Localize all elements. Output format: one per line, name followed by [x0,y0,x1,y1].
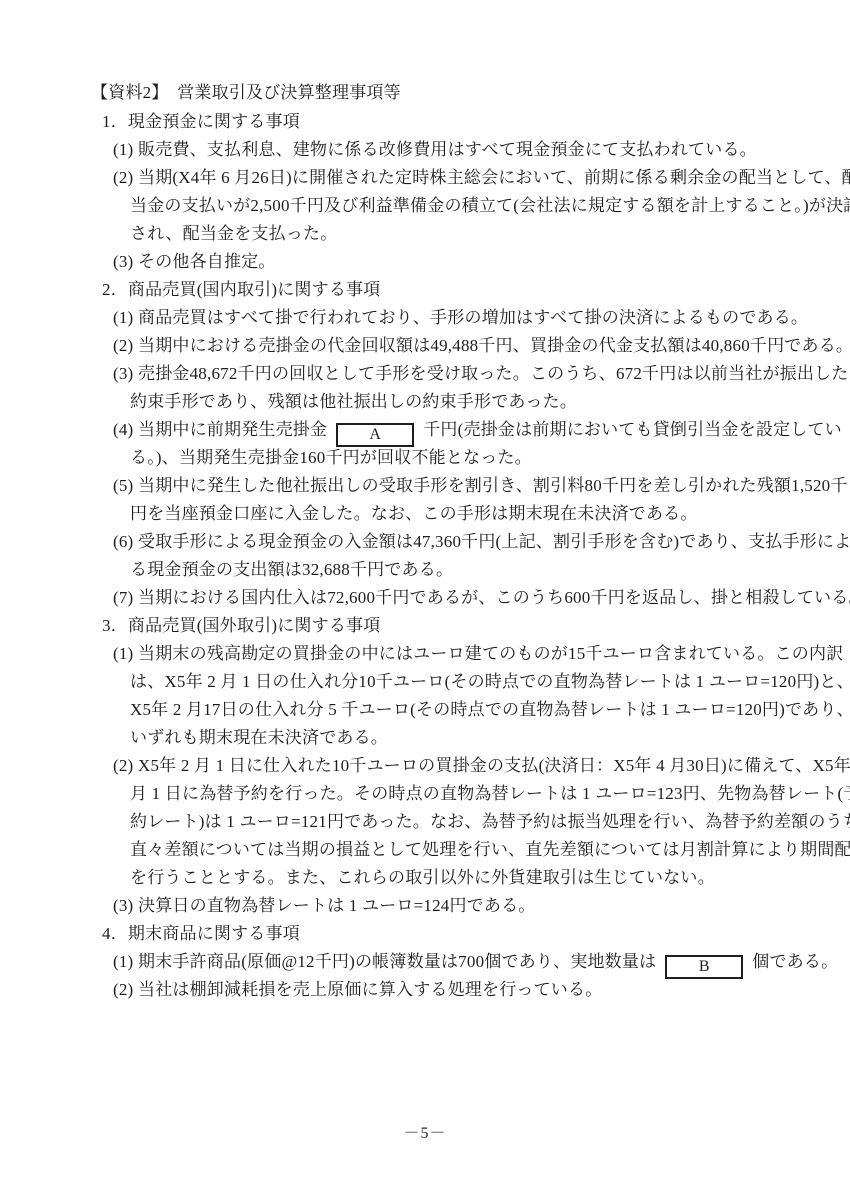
text-run: 販売費、支払利息、建物に係る改修費用はすべて現金預金にて支払われている。 [138,140,757,159]
section-heading: 2．商品売買(国内取引)に関する事項 [0,276,850,304]
item-number: (3) [113,892,138,920]
text-run: 当期中に発生した他社振出しの受取手形を割引き、割引料80千円を差し引かれた残額1… [138,476,848,495]
continuation-line: X5年 2 月17日の仕入れ分 5 千ユーロ(その時点での直物為替レートは 1 … [0,696,850,724]
page-number: －5－ [0,1120,850,1143]
text-run: 当期中に前期発生売掛金 [138,420,327,439]
text-run: その他各自推定。 [138,252,276,271]
text-run: を行うこととする。また、これらの取引以外に外貨建取引は生じていない。 [130,868,715,887]
text-run: 決算日の直物為替レートは 1 ユーロ=124円である。 [138,896,536,915]
continuation-line: 直々差額については当期の損益として処理を行い、直先差額については月割計算により期… [0,836,850,864]
text-run: X5年 2 月 1 日に仕入れた10千ユーロの買掛金の支払(決済日：X5年 4 … [138,756,850,775]
text-run: 当金の支払いが2,500千円及び利益準備金の積立て(会社法に規定する額を計上する… [130,196,850,215]
section-heading: 4．期末商品に関する事項 [0,920,850,948]
item-number: (5) [113,472,138,500]
text-run: 当期中における売掛金の代金回収額は49,488千円、買掛金の代金支払額は40,8… [138,336,850,355]
item-number: (2) [113,976,138,1004]
item-number: (4) [113,416,138,444]
text-run: 個である。 [752,952,838,971]
text-run: 3．商品売買(国外取引)に関する事項 [102,616,380,635]
item-number: (1) [113,304,138,332]
item-line: (5)当期中に発生した他社振出しの受取手形を割引き、割引料80千円を差し引かれた… [0,472,850,500]
item-number: (1) [113,640,138,668]
item-line: (2)当期中における売掛金の代金回収額は49,488千円、買掛金の代金支払額は4… [0,332,850,360]
text-run: は、X5年 2 月 1 日の仕入れ分10千ユーロ(その時点での直物為替レートは … [130,672,850,691]
item-number: (6) [113,528,138,556]
item-number: (2) [113,332,138,360]
text-run: いずれも期末現在未決済である。 [130,728,388,747]
item-line: (4)当期中に前期発生売掛金A千円(売掛金は前期においても貸倒引当金を設定してい [0,416,850,444]
text-run: 当期末の残高勘定の買掛金の中にはユーロ建てのものが15千ユーロ含まれている。この… [138,644,843,663]
text-run: 約レート)は 1 ユーロ=121円であった。なお、為替予約は振当処理を行い、為替… [130,812,850,831]
item-number: (2) [113,752,138,780]
exam-document-page: 【資料2】 営業取引及び決算整理事項等1．現金預金に関する事項(1)販売費、支払… [0,0,850,1200]
text-run: 円を当座預金口座に入金した。なお、この手形は期末現在未決済である。 [130,504,698,523]
continuation-line: は、X5年 2 月 1 日の仕入れ分10千ユーロ(その時点での直物為替レートは … [0,668,850,696]
text-run: 直々差額については当期の損益として処理を行い、直先差額については月割計算により期… [130,840,850,859]
answer-box-b: B [665,955,743,979]
continuation-line: る現金預金の支出額は32,688千円である。 [0,556,850,584]
item-line: (1)当期末の残高勘定の買掛金の中にはユーロ建てのものが15千ユーロ含まれている… [0,640,850,668]
text-run: 受取手形による現金預金の入金額は47,360千円(上記、割引手形を含む)であり、… [138,532,850,551]
text-run: 商品売買はすべて掛で行われており、手形の増加はすべて掛の決済によるものである。 [138,308,808,327]
text-run: 千円(売掛金は前期においても貸倒引当金を設定してい [423,420,842,439]
text-run: 4．期末商品に関する事項 [102,924,300,943]
continuation-line: 当金の支払いが2,500千円及び利益準備金の積立て(会社法に規定する額を計上する… [0,192,850,220]
item-line: (3)その他各自推定。 [0,248,850,276]
text-run: る現金預金の支出額は32,688千円である。 [130,560,453,579]
text-run: 1．現金預金に関する事項 [102,112,300,131]
continuation-line: る。)、当期発生売掛金160千円が回収不能となった。 [0,444,850,472]
continuation-line: され、配当金を支払った。 [0,220,850,248]
continuation-line: 円を当座預金口座に入金した。なお、この手形は期末現在未決済である。 [0,500,850,528]
item-number: (2) [113,164,138,192]
text-run: 月 1 日に為替予約を行った。その時点の直物為替レートは 1 ユーロ=123円、… [130,784,850,803]
item-line: (7)当期における国内仕入は72,600千円であるが、このうち600千円を返品し… [0,584,850,612]
text-run: る。)、当期発生売掛金160千円が回収不能となった。 [130,448,532,467]
item-number: (7) [113,584,138,612]
item-line: (1)商品売買はすべて掛で行われており、手形の増加はすべて掛の決済によるものであ… [0,304,850,332]
text-run: 約束手形であり、残額は他社振出しの約束手形であった。 [130,392,577,411]
item-number: (3) [113,248,138,276]
item-number: (1) [113,948,138,976]
continuation-line: 月 1 日に為替予約を行った。その時点の直物為替レートは 1 ユーロ=123円、… [0,780,850,808]
document-body: 【資料2】 営業取引及び決算整理事項等1．現金預金に関する事項(1)販売費、支払… [0,78,850,1004]
text-run: 期末手許商品(原価@12千円)の帳簿数量は700個であり、実地数量は [138,952,656,971]
continuation-line: を行うこととする。また、これらの取引以外に外貨建取引は生じていない。 [0,864,850,892]
item-line: (2)当社は棚卸減耗損を売上原価に算入する処理を行っている。 [0,976,850,1004]
text-run: 【資料2】 営業取引及び決算整理事項等 [91,83,401,102]
document-title: 【資料2】 営業取引及び決算整理事項等 [0,78,850,108]
item-line: (2)X5年 2 月 1 日に仕入れた10千ユーロの買掛金の支払(決済日：X5年… [0,752,850,780]
text-run: X5年 2 月17日の仕入れ分 5 千ユーロ(その時点での直物為替レートは 1 … [130,700,850,719]
continuation-line: 約束手形であり、残額は他社振出しの約束手形であった。 [0,388,850,416]
item-line: (3)決算日の直物為替レートは 1 ユーロ=124円である。 [0,892,850,920]
item-number: (1) [113,136,138,164]
item-line: (6)受取手形による現金預金の入金額は47,360千円(上記、割引手形を含む)で… [0,528,850,556]
text-run: 当期(X4年 6 月26日)に開催された定時株主総会において、前期に係る剰余金の… [138,168,850,187]
item-number: (3) [113,360,138,388]
item-line: (2)当期(X4年 6 月26日)に開催された定時株主総会において、前期に係る剰… [0,164,850,192]
text-run: 当期における国内仕入は72,600千円であるが、このうち600千円を返品し、掛と… [138,588,850,607]
text-run: 当社は棚卸減耗損を売上原価に算入する処理を行っている。 [138,980,602,999]
item-line: (1)期末手許商品(原価@12千円)の帳簿数量は700個であり、実地数量はB個で… [0,948,850,976]
section-heading: 3．商品売買(国外取引)に関する事項 [0,612,850,640]
text-run: 2．商品売買(国内取引)に関する事項 [102,280,380,299]
continuation-line: 約レート)は 1 ユーロ=121円であった。なお、為替予約は振当処理を行い、為替… [0,808,850,836]
section-heading: 1．現金預金に関する事項 [0,108,850,136]
text-run: され、配当金を支払った。 [130,224,337,243]
continuation-line: いずれも期末現在未決済である。 [0,724,850,752]
item-line: (3)売掛金48,672千円の回収として手形を受け取った。このうち、672千円は… [0,360,850,388]
text-run: 売掛金48,672千円の回収として手形を受け取った。このうち、672千円は以前当… [138,364,848,383]
item-line: (1)販売費、支払利息、建物に係る改修費用はすべて現金預金にて支払われている。 [0,136,850,164]
